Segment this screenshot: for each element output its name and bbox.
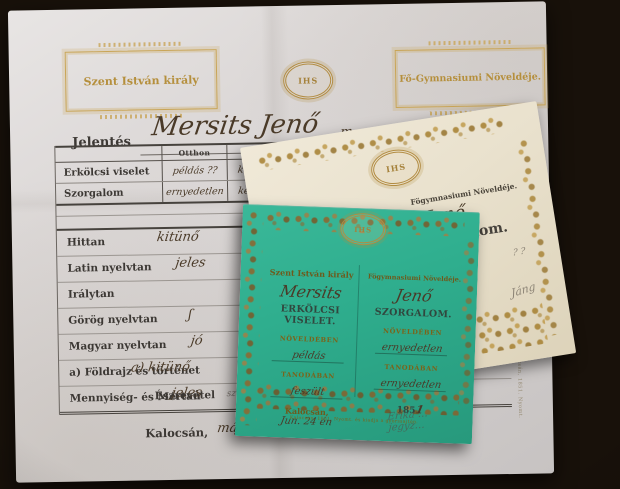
school-name-label: Fögymnasiumi Növeldéje. xyxy=(368,272,462,283)
conduct-label: Szorgalom xyxy=(56,182,162,204)
pencil-flourish: Jáng xyxy=(510,280,536,300)
pencil-note: Erika … jegyz… xyxy=(387,408,429,433)
grade-cell-otthon: ernyedetlen xyxy=(162,181,227,202)
subject-grade-handwriting: jó xyxy=(190,333,204,348)
grade-handwriting: példás ?? xyxy=(172,165,218,177)
grade-cell-otthon: példás ?? xyxy=(162,160,227,181)
subject-grade-handwriting: kitünő xyxy=(156,229,200,245)
corner-ornament-icon xyxy=(473,302,549,354)
student-firstname-handwriting: Jenő xyxy=(360,284,468,307)
school-name-box: Fő-Gymnasiumi Növeldéje. xyxy=(395,47,546,108)
subject-label: Magyar nyelvtan xyxy=(69,339,167,353)
diligence-column: Fögymnasiumi Növeldéje. Jenő SZORGALOM. … xyxy=(358,263,467,418)
subject-label: Latin nyelvtan xyxy=(67,261,151,274)
conduct-column: Szent István király Mersits ERKÖLCSI VIS… xyxy=(259,260,359,429)
field-label-tanodaban: TANODÁBAN xyxy=(261,370,355,381)
diligence-heading: SZORGALOM. xyxy=(361,306,465,321)
student-surname-handwriting: Mersits xyxy=(262,281,360,303)
founder-name-label: Szent István király xyxy=(83,73,198,88)
green-certificate: IHS Szent István király Mersits ERKÖLCSI… xyxy=(235,204,480,444)
founder-name-box: Szent István király xyxy=(65,49,218,112)
field-label-tanodaban: TANODÁBAN xyxy=(359,362,463,374)
founder-name-label: Szent István király xyxy=(270,267,354,280)
diligence-grade-noveldeben: ernyedetlen xyxy=(375,342,449,356)
conduct-heading: ERKÖLCSI VISELET. xyxy=(263,303,358,328)
field-label-noveldeben: NÖVELDÉBEN xyxy=(262,334,356,345)
empty-header-cell xyxy=(55,146,161,162)
ihs-seal-icon: IHS xyxy=(340,212,387,246)
report-title-row: Jelentés Mersits Jenő m. oszt. növe xyxy=(8,1,546,10)
subject-label: Görög nyelvtan xyxy=(68,313,157,327)
conduct-label: Erkölcsi viselet xyxy=(56,161,162,183)
ihs-seal-text: IHS xyxy=(354,224,372,234)
photo-of-documents: Szent István király IHS Fő-Gymnasiumi Nö… xyxy=(0,0,620,489)
conduct-grade-tanodaban: feszült xyxy=(270,385,344,399)
grade-handwriting: ernyedetlen xyxy=(166,185,225,197)
subject-label: Irálytan xyxy=(68,288,115,301)
ihs-seal-text: IHS xyxy=(385,161,406,174)
subject-grade-handwriting: a) kitünő xyxy=(130,360,191,376)
conduct-grade-noveldeben: példás xyxy=(272,349,346,363)
pencil-question-marks: ? ? xyxy=(513,247,525,259)
subject-grade-handwriting: jeles xyxy=(174,255,206,271)
student-name-handwriting: Mersits Jenő xyxy=(150,109,321,142)
diligence-grade-tanodaban: ernyedetlen xyxy=(374,378,448,392)
school-name-label: Fő-Gymnasiumi Növeldéje. xyxy=(399,71,541,84)
column-header-otthon: Otthon xyxy=(161,145,226,160)
field-label-noveldeben: NÖVELDÉBEN xyxy=(361,326,465,338)
subject-label: Hittan xyxy=(67,236,105,249)
ihs-seal-text: IHS xyxy=(298,75,318,85)
remark-label: Észrevétel xyxy=(155,389,216,402)
place-label: Kalocsán, xyxy=(145,425,208,440)
subject-grade-handwriting: ʃ xyxy=(187,308,193,323)
ihs-seal-icon: IHS xyxy=(283,61,334,100)
